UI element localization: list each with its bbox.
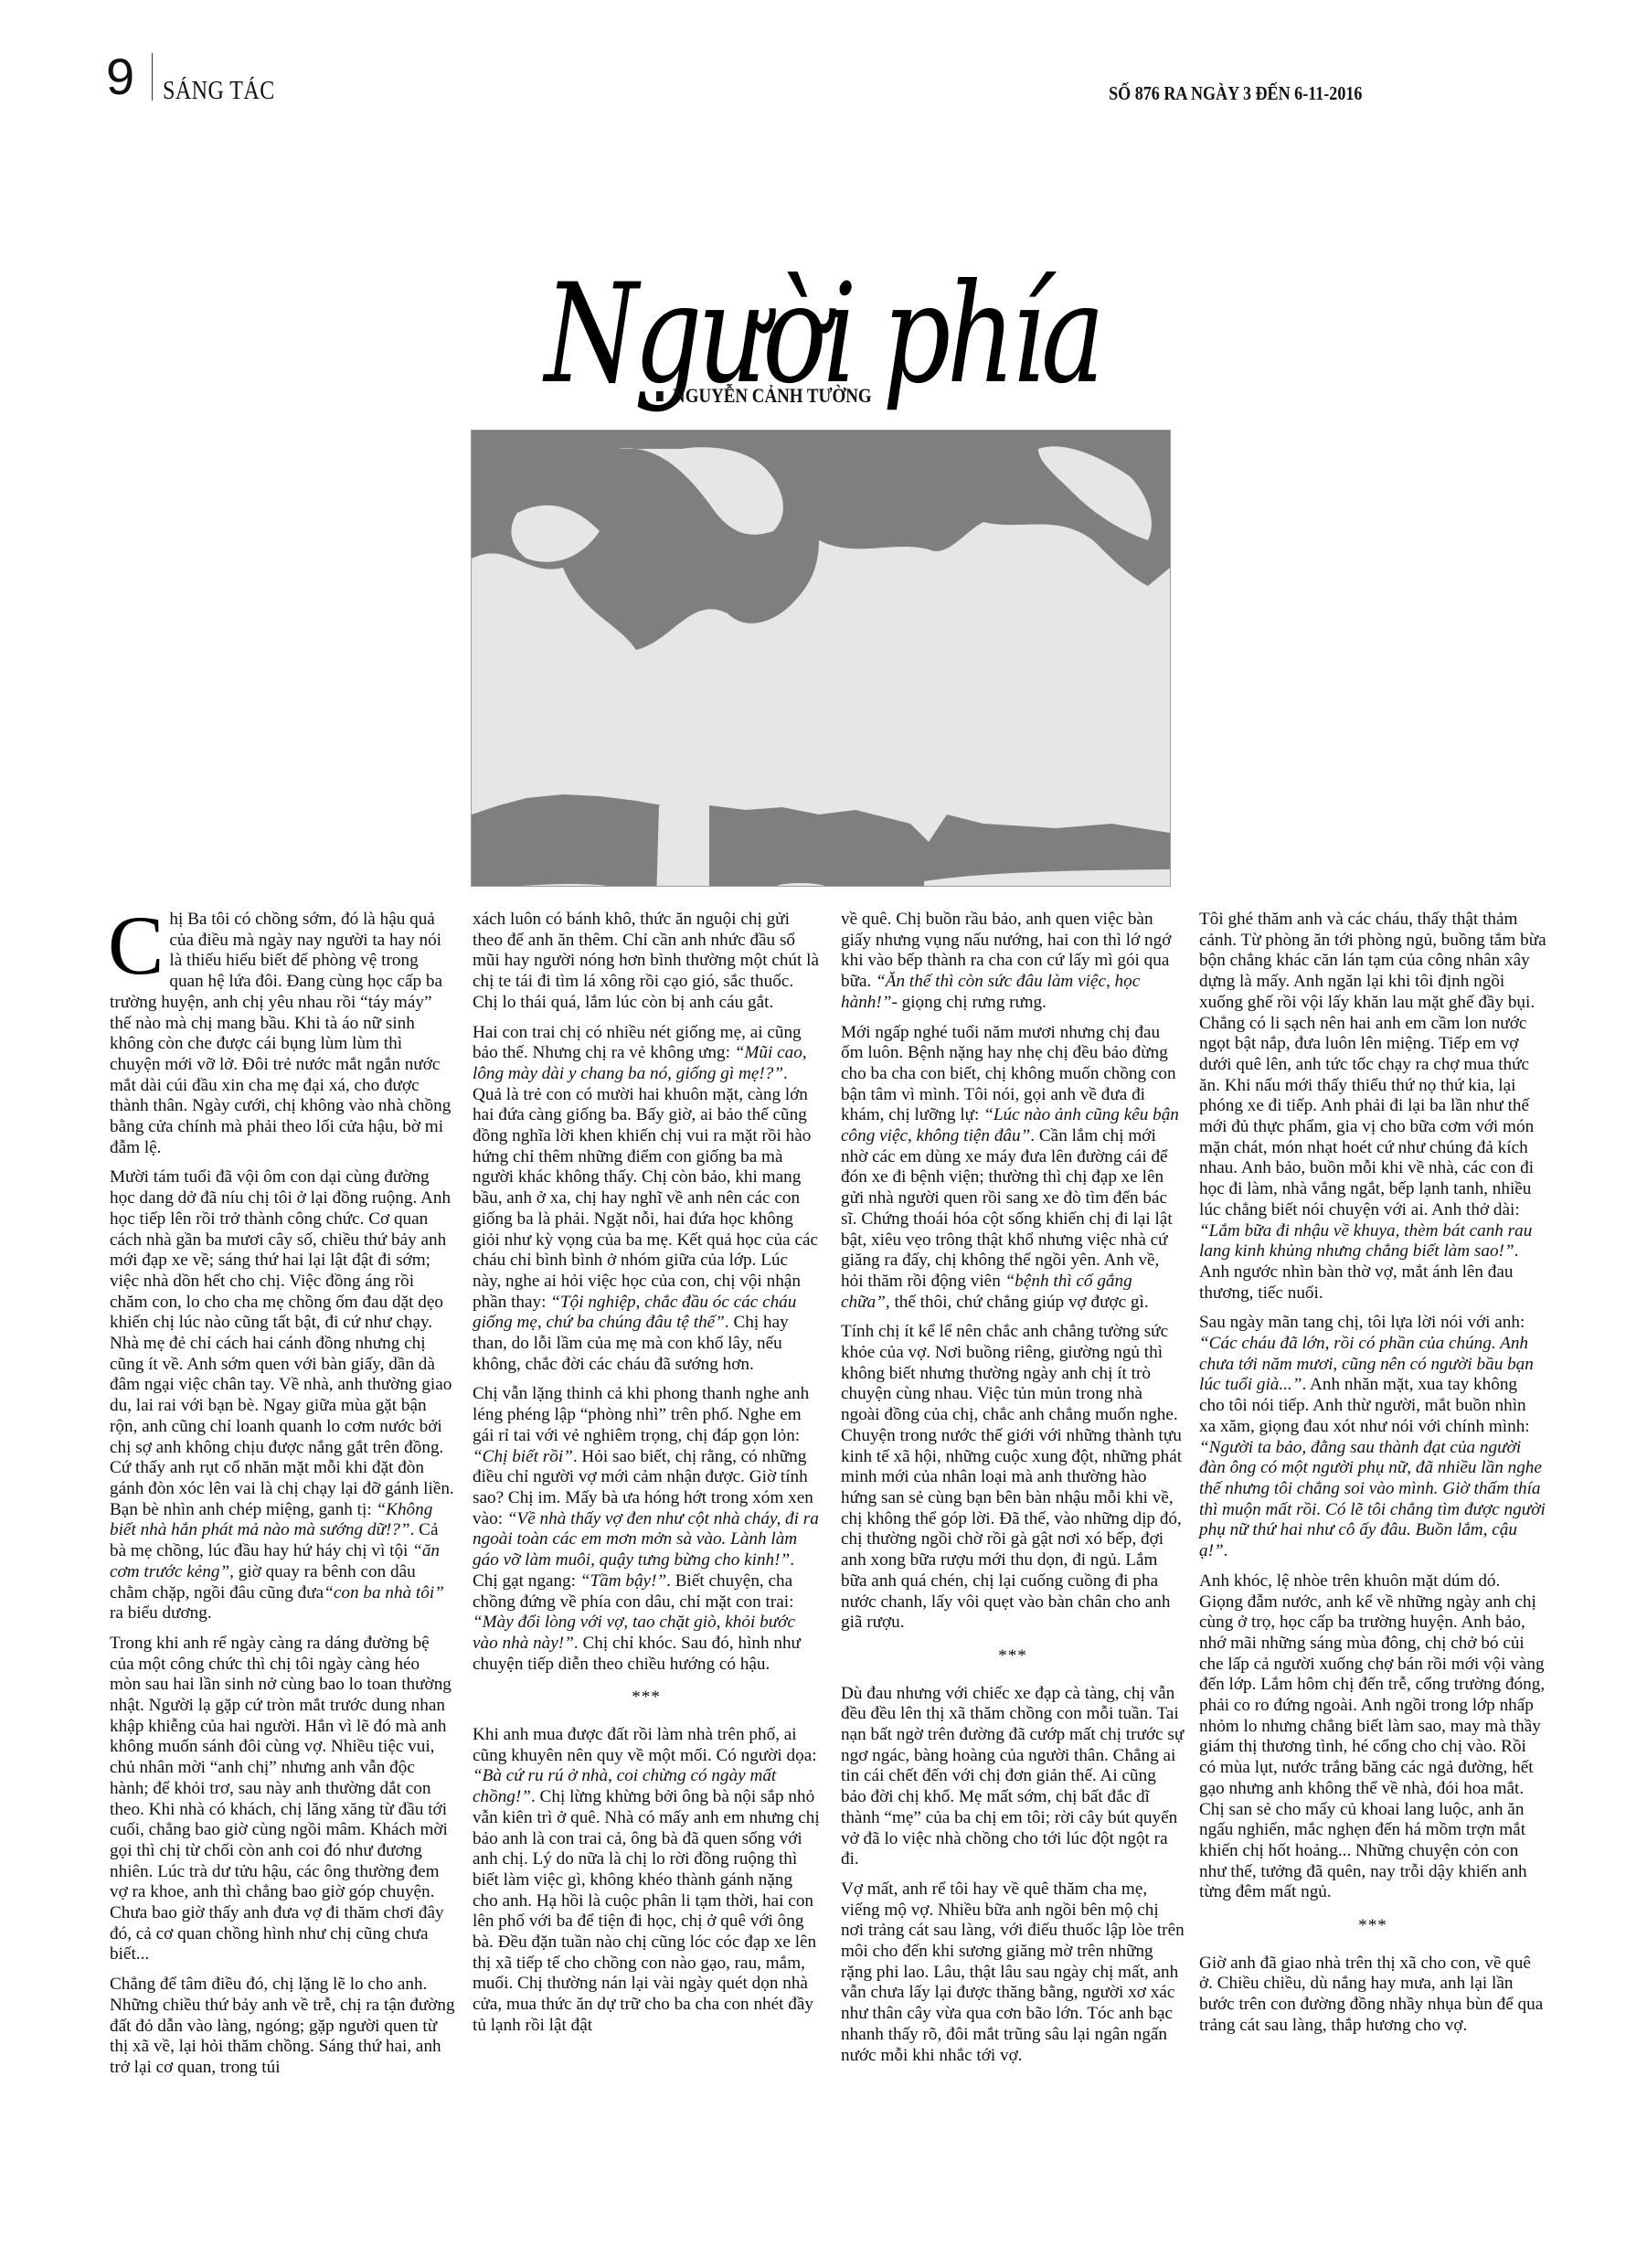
article-paragraph: Dù đau nhưng với chiếc xe đạp cà tàng, c… <box>841 1684 1185 1870</box>
article-paragraph: Sau ngày mãn tang chị, tôi lựa lời nói v… <box>1199 1313 1546 1561</box>
article-paragraph: Hai con trai chị có nhiều nét giống mẹ, … <box>473 1023 820 1376</box>
article-column-4: Tôi ghé thăm anh và các cháu, thấy thật … <box>1199 910 1546 2046</box>
section-separator: *** <box>841 1646 1185 1667</box>
quoted-speech: “Lắm bữa đi nhậu về khuya, thèm bát canh… <box>1199 1221 1532 1262</box>
quoted-speech: “Mày đổi lòng với vợ, tao chặt giò, khỏi… <box>473 1613 795 1653</box>
quoted-speech: “ăn cơm trước kẻng” <box>110 1541 440 1581</box>
quoted-speech: “Tội nghiệp, chắc đầu óc các cháu giống … <box>473 1293 796 1333</box>
article-paragraph: Mới ngấp nghé tuổi năm mươi nhưng chị đa… <box>841 1023 1185 1314</box>
article-paragraph: Vợ mất, anh rể tôi hay về quê thăm cha m… <box>841 1879 1185 2066</box>
article-paragraph: Chị Ba tôi có chồng sớm, đó là hậu quả c… <box>110 910 455 1158</box>
quoted-speech: “Lúc nào ảnh cũng kêu bận công việc, khô… <box>841 1105 1179 1145</box>
quoted-speech: “Ăn thế thì còn sức đâu làm việc, học hà… <box>841 972 1140 1012</box>
quoted-speech: “Tầm bậy!” <box>580 1571 666 1591</box>
article-paragraph: Chị vẫn lặng thinh cả khi phong thanh ng… <box>473 1384 820 1675</box>
article-paragraph: Mười tám tuổi đã vội ôm con dại cùng đườ… <box>110 1167 455 1624</box>
quoted-speech: “bệnh thì cố gắng chữa” <box>841 1272 1132 1312</box>
article-paragraph: Anh khóc, lệ nhòe trên khuôn mặt dúm dó.… <box>1199 1571 1546 1903</box>
article-column-2: xách luôn có bánh khô, thức ăn nguội chị… <box>473 910 820 2046</box>
article-paragraph: Khi anh mua được đất rồi làm nhà trên ph… <box>473 1725 820 2037</box>
article-paragraph: Trong khi anh rể ngày càng ra dáng đường… <box>110 1634 455 1965</box>
article-paragraph: xách luôn có bánh khô, thức ăn nguội chị… <box>473 910 820 1014</box>
article-paragraph: về quê. Chị buồn rầu bảo, anh quen việc … <box>841 910 1185 1014</box>
quoted-speech: “Chị biết rồi” <box>473 1447 573 1466</box>
article-column-3: về quê. Chị buồn rầu bảo, anh quen việc … <box>841 910 1185 2075</box>
quoted-speech: “Về nhà thấy vợ đen như cột nhà cháy, đi… <box>473 1509 819 1570</box>
article-paragraph: Tôi ghé thăm anh và các cháu, thấy thật … <box>1199 910 1546 1304</box>
quoted-speech: “Bà cứ ru rú ở nhà, coi chừng có ngày mấ… <box>473 1766 776 1806</box>
article-paragraph: Giờ anh đã giao nhà trên thị xã cho con,… <box>1199 1954 1546 2037</box>
quoted-speech: “Các cháu đã lớn, rồi có phần của chúng.… <box>1199 1334 1534 1394</box>
quoted-speech: “Không biết nhà hắn phát mả nào mà sướng… <box>110 1500 432 1540</box>
quoted-speech: “Mũi cao, lông mày dài y chang ba nó, gi… <box>473 1043 807 1083</box>
article-paragraph: Chẳng để tâm điều đó, chị lặng lẽ lo cho… <box>110 1975 455 2079</box>
section-separator: *** <box>473 1688 820 1709</box>
article-column-1: Chị Ba tôi có chồng sớm, đó là hậu quả c… <box>110 910 455 2088</box>
section-separator: *** <box>1199 1916 1546 1937</box>
article-paragraph: Tính chị ít kể lể nên chắc anh chẳng tườ… <box>841 1322 1185 1634</box>
drop-cap: C <box>108 911 164 979</box>
quoted-speech: “Người ta bảo, đằng sau thành đạt của ng… <box>1199 1438 1546 1561</box>
article-body: Chị Ba tôi có chồng sớm, đó là hậu quả c… <box>0 0 1647 2268</box>
quoted-speech: “con ba nhà tôi” <box>324 1583 444 1603</box>
